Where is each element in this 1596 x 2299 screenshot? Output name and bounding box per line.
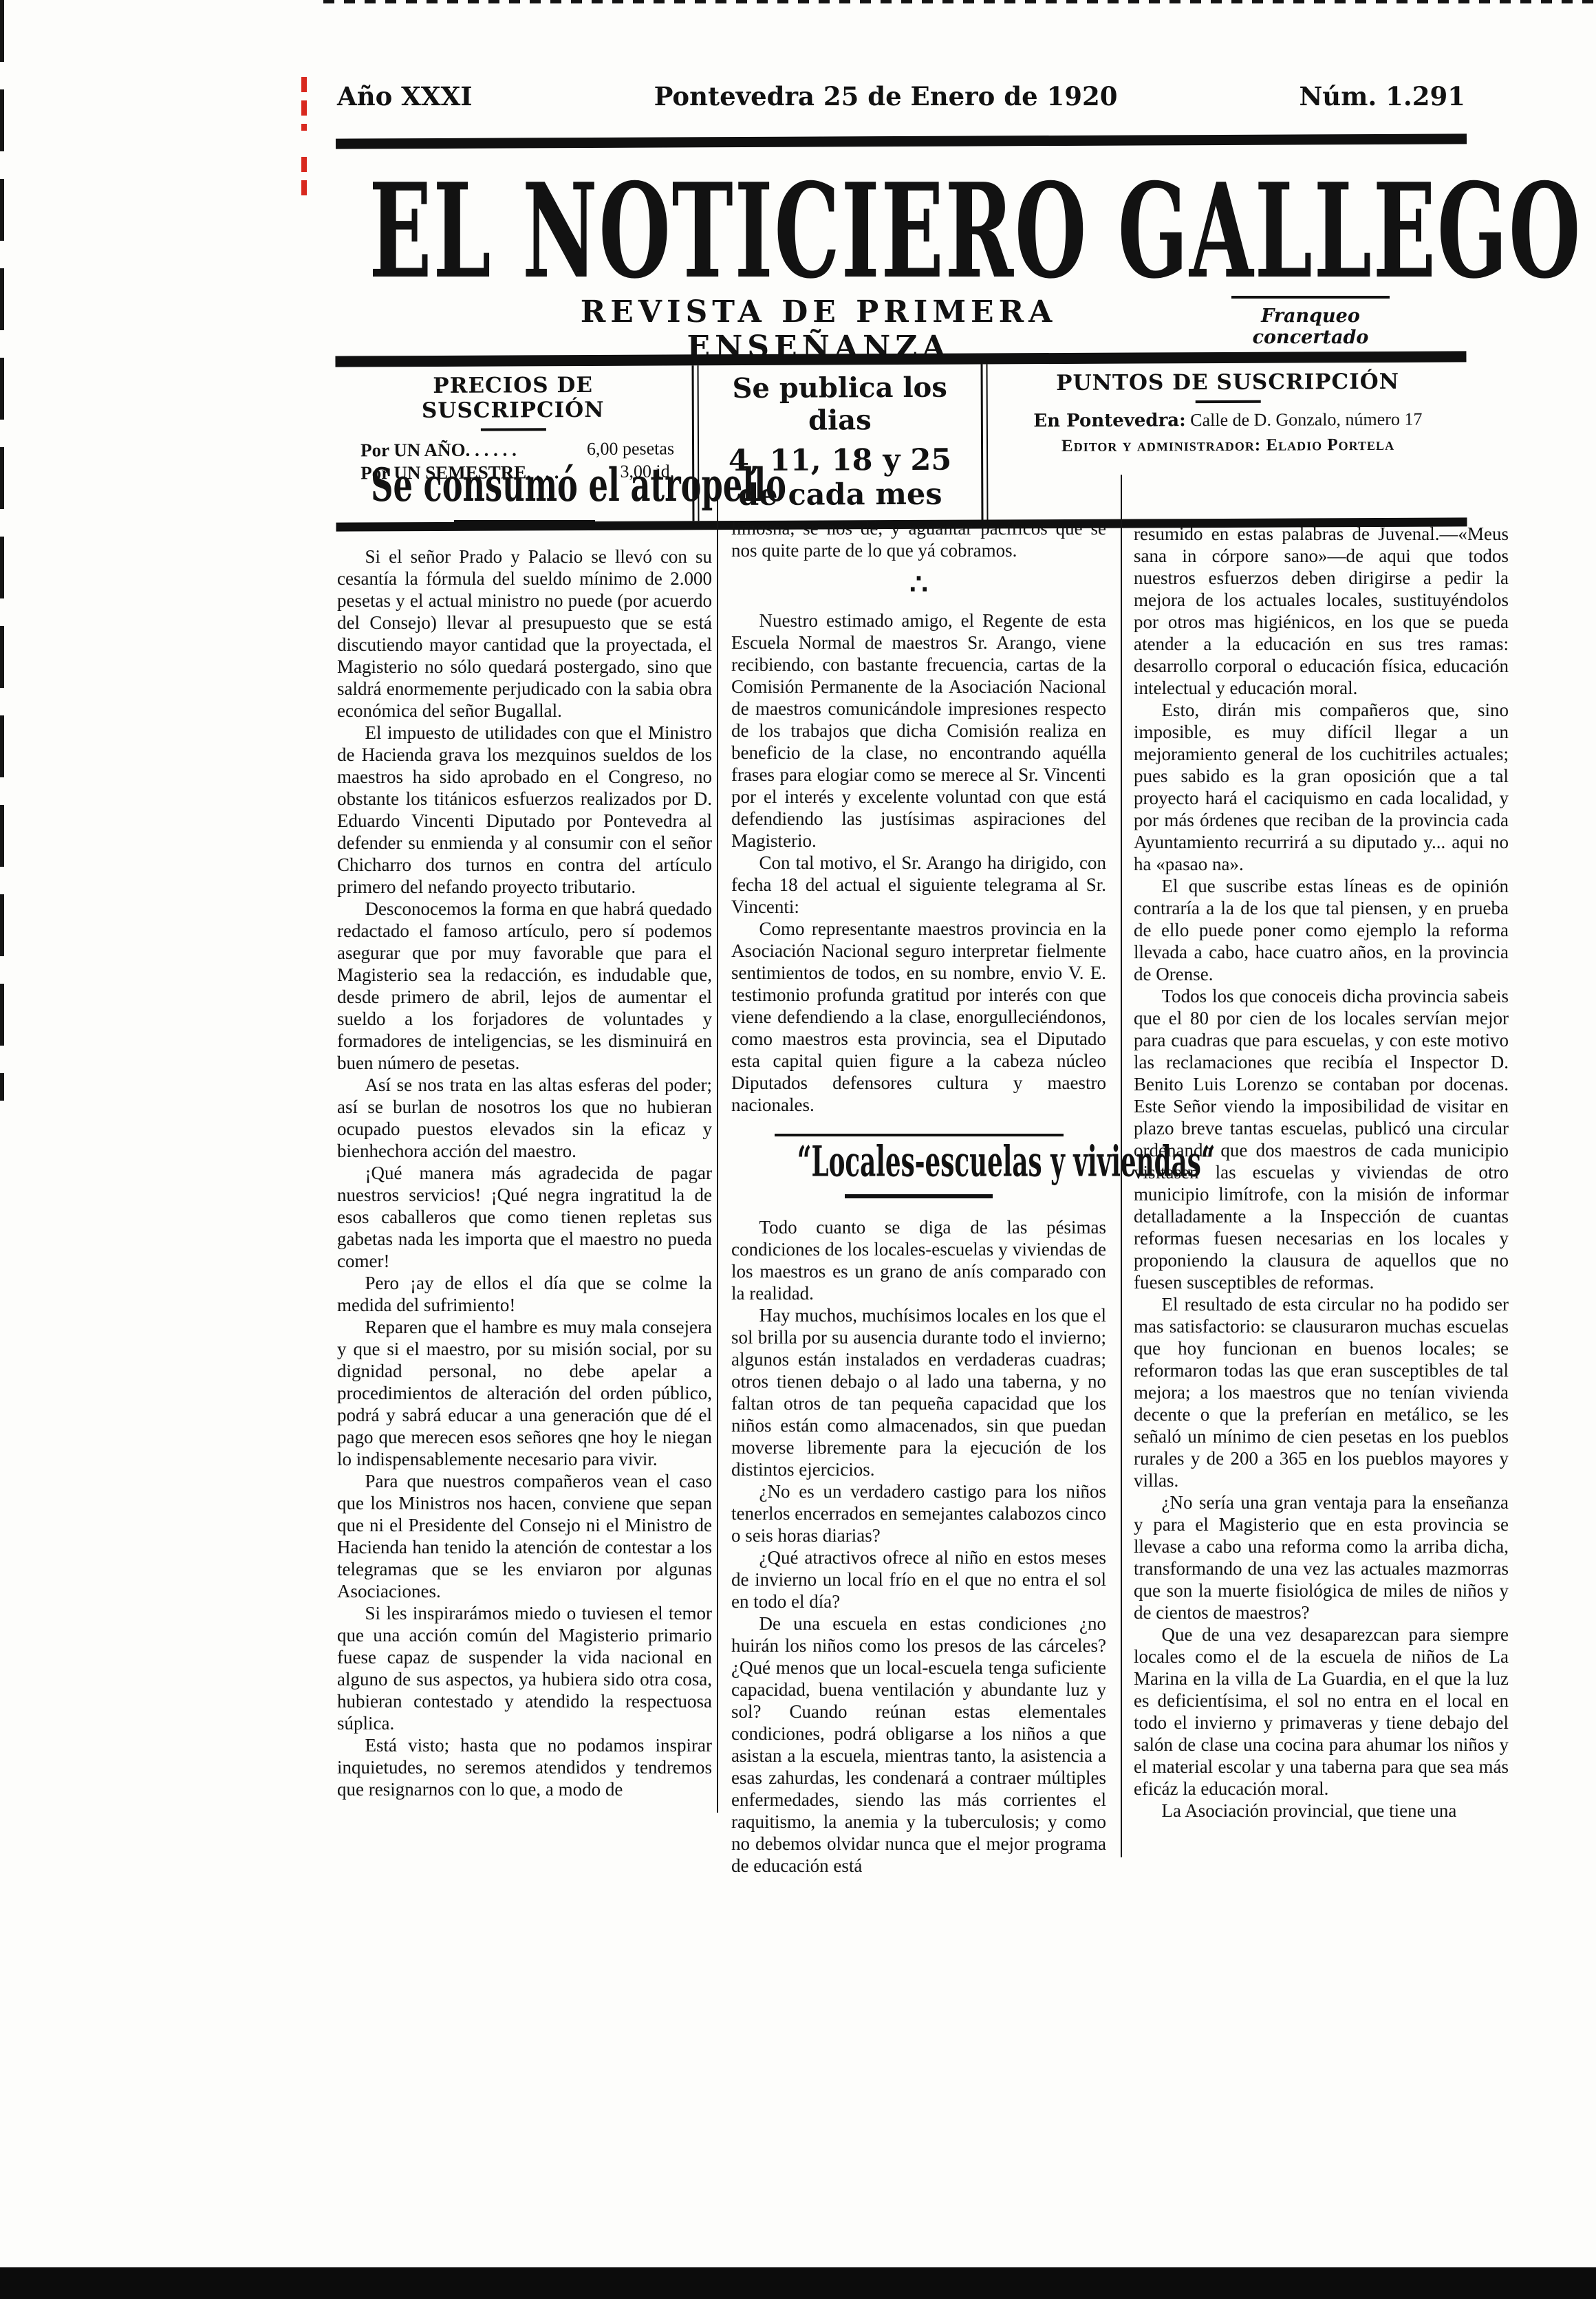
headline-rule (454, 520, 595, 525)
price-row-year: Por UN AÑO. . . . . . 6,00 pesetas (341, 437, 685, 461)
paragraph: De una escuela en estas condiciones ¿no … (731, 1612, 1106, 1877)
paragraph: ¿Qué atractivos ofrece al niño en estos … (731, 1546, 1106, 1612)
paragraph: Reparen que el hambre es muy mala consej… (337, 1316, 712, 1470)
divider (1195, 400, 1260, 403)
masthead-title: EL NOTICIERO GALLEGO (369, 155, 1582, 307)
dateline-row: Año XXXI Pontevedra 25 de Enero de 1920 … (337, 81, 1465, 111)
issue-number: Núm. 1.291 (1299, 81, 1465, 111)
paragraph: Si les inspirarámos miedo o tuviesen el … (337, 1602, 712, 1734)
header-rule (336, 133, 1467, 149)
paragraph: La Asociación provincial, que tiene una (1134, 1800, 1509, 1822)
red-scan-mark (301, 157, 307, 198)
schedule-line1: Se publica los dias (706, 371, 974, 438)
paragraph: Con tal motivo, el Sr. Arango ha dirigid… (731, 852, 1106, 918)
dateline-text: Pontevedra 25 de Enero de 1920 (654, 81, 1118, 111)
paragraph: Todos los que conoceis dicha provincia s… (1134, 985, 1509, 1293)
paragraph: Pero ¡ay de ellos el día que se colme la… (337, 1272, 712, 1316)
article2-headline: “Locales-escuelas y viviendas“ (731, 1152, 1106, 1178)
column-3: resumido en estas palabras de Juvenal.—«… (1134, 523, 1509, 1822)
paragraph: Como representante maestros provincia en… (731, 918, 1106, 1116)
points-cell: PUNTOS DE SUSCRIPCIÓN En Pontevedra: Cal… (989, 362, 1467, 519)
prices-title: PRECIOS DE SUSCRIPCIÓN (341, 372, 685, 423)
scan-edge-bottom (0, 2267, 1596, 2299)
masthead: EL NOTICIERO GALLEGO (337, 155, 1465, 299)
paragraph: ¿No es un verdadero castigo para los niñ… (731, 1480, 1106, 1546)
column-1: Se consumó el atropello Si el señor Prad… (337, 475, 712, 1800)
scan-edge-left (0, 0, 4, 1101)
red-scan-mark (301, 77, 307, 131)
paragraph: Hay muchos, muchísimos locales en los qu… (731, 1304, 1106, 1480)
paragraph: Para que nuestros compañeros vean el cas… (337, 1470, 712, 1602)
headline-rule (845, 1194, 993, 1198)
points-address-city: En Pontevedra: (1033, 410, 1186, 431)
paragraph: ¿No sería una gran ventaja para la enseñ… (1134, 1491, 1509, 1623)
article-divider-rule (775, 1134, 1064, 1136)
paragraph: El resultado de esta circular no ha podi… (1134, 1293, 1509, 1491)
column-divider (717, 482, 718, 1813)
postage-note: Franqueo concertado (1231, 296, 1390, 348)
paragraph: Nuestro estimado amigo, el Regente de es… (731, 609, 1106, 852)
scan-edge-top (323, 0, 1596, 3)
divider (981, 364, 989, 519)
newspaper-page: Año XXXI Pontevedra 25 de Enero de 1920 … (0, 0, 1596, 2299)
paragraph: Si el señor Prado y Palacio se llevó con… (337, 546, 712, 722)
article1-headline: Se consumó el atropello (337, 475, 712, 502)
paragraph: Esto, dirán mis compañeros que, sino imp… (1134, 699, 1509, 875)
points-address: En Pontevedra: Calle de D. Gonzalo, núme… (995, 409, 1461, 431)
price-value: 6,00 pesetas (587, 438, 674, 460)
section-separator: ∴ (731, 568, 1106, 601)
paragraph: Está visto; hasta que no podamos inspira… (337, 1734, 712, 1800)
paragraph: El que suscribe estas líneas es de opini… (1134, 875, 1509, 985)
paragraph: Desconocemos la forma en que habrá queda… (337, 898, 712, 1074)
divider (480, 428, 546, 431)
paragraph: ¡Qué manera más agradecida de pagar nues… (337, 1162, 712, 1272)
paragraph: Que de una vez desaparezcan para siempre… (1134, 1623, 1509, 1800)
paragraph: Así se nos trata en las altas esferas de… (337, 1074, 712, 1162)
paragraph: resumido en estas palabras de Juvenal.—«… (1134, 523, 1509, 699)
paragraph: El impuesto de utilidades con que el Min… (337, 722, 712, 898)
points-title: PUNTOS DE SUSCRIPCIÓN (995, 369, 1461, 396)
paragraph: limosna, se nos dé, y aguantar pacíficos… (731, 517, 1106, 561)
editor-line: Editor y administrador: Eladio Portela (995, 435, 1461, 456)
year-label: Año XXXI (337, 81, 473, 111)
points-address-rest: Calle de D. Gonzalo, número 17 (1186, 409, 1423, 430)
column-2: limosna, se nos dé, y aguantar pacíficos… (731, 517, 1106, 1877)
paragraph: Todo cuanto se diga de las pésimas condi… (731, 1216, 1106, 1304)
